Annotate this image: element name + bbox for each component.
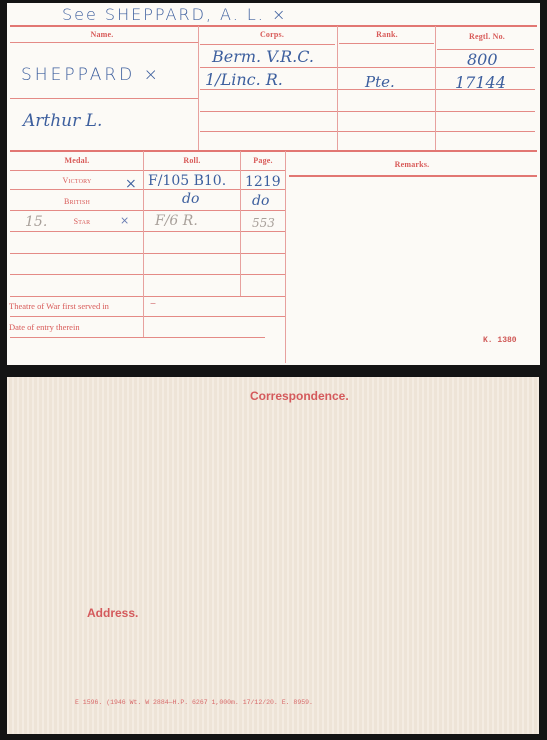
rule: [10, 296, 285, 297]
form-code: K. 1380: [483, 336, 517, 345]
column-header-rank: Rank.: [352, 30, 422, 39]
rule: [10, 150, 537, 152]
rule: [339, 43, 434, 44]
column-divider: [143, 151, 144, 337]
theatre-of-war-label: Theatre of War first served in: [9, 301, 109, 311]
column-divider: [198, 26, 199, 150]
rule: [10, 210, 285, 211]
medal-index-card-back: Correspondence. Address. E 1596. (1946 W…: [7, 377, 539, 734]
corps-entry-1: Berm. V.R.C.: [212, 47, 314, 66]
rule: [200, 111, 535, 112]
rank-entry-2: Pte.: [365, 73, 395, 91]
column-divider: [435, 26, 436, 150]
medal-star-mark: ×: [120, 214, 129, 227]
rule: [10, 189, 285, 190]
address-heading: Address.: [87, 606, 138, 620]
medal-star-prefix: 15.: [25, 214, 47, 230]
date-of-entry-label: Date of entry therein: [9, 322, 80, 332]
rule: [10, 316, 285, 317]
medal-british-label: British: [42, 197, 112, 206]
rule: [200, 44, 335, 45]
correspondence-heading: Correspondence.: [250, 389, 349, 403]
rule: [10, 274, 285, 275]
column-header-medal: Medal.: [47, 156, 107, 165]
medal-british-page: do: [252, 193, 269, 209]
column-divider: [337, 26, 338, 150]
medal-victory-mark: ×: [125, 176, 137, 192]
rule: [10, 170, 285, 171]
column-header-corps: Corps.: [237, 30, 307, 39]
medal-victory-label: Victory: [42, 176, 112, 185]
regtl-no-entry-2: 17144: [455, 73, 506, 92]
medal-star-label: Star: [57, 217, 107, 226]
rule: [10, 42, 198, 43]
medal-victory-page: 1219: [245, 174, 281, 190]
column-header-remarks: Remarks.: [347, 160, 477, 169]
theatre-of-war-value: –: [150, 296, 156, 310]
column-divider: [240, 151, 241, 296]
rule: [10, 253, 285, 254]
column-header-regtl-no: Regtl. No.: [452, 32, 522, 41]
forenames-entry: Arthur L.: [23, 111, 102, 131]
medal-star-page: 553: [252, 216, 275, 230]
rule: [10, 231, 285, 232]
medal-british-roll: do: [182, 191, 199, 207]
printer-imprint: E 1596. (1946 Wt. W 2884—H.P. 6267 1,000…: [75, 699, 313, 706]
rule: [200, 131, 535, 132]
rule: [10, 25, 537, 27]
rule: [289, 175, 537, 177]
column-divider: [285, 151, 286, 363]
rule: [10, 98, 198, 99]
cross-reference-note: See SHEPPARD, A. L. ×: [62, 5, 287, 24]
surname-entry: SHEPPARD ×: [21, 65, 161, 85]
medal-victory-roll: F/105 B10.: [148, 173, 226, 189]
rule: [10, 337, 265, 338]
column-header-name: Name.: [67, 30, 137, 39]
medal-index-card-front: See SHEPPARD, A. L. × Name. Corps. Rank.…: [7, 3, 540, 365]
column-header-roll: Roll.: [162, 156, 222, 165]
corps-entry-2: 1/Linc. R.: [205, 70, 283, 89]
medal-star-roll: F/6 R.: [155, 213, 198, 229]
column-header-page: Page.: [241, 156, 285, 165]
regtl-no-entry-1: 800: [467, 50, 498, 69]
